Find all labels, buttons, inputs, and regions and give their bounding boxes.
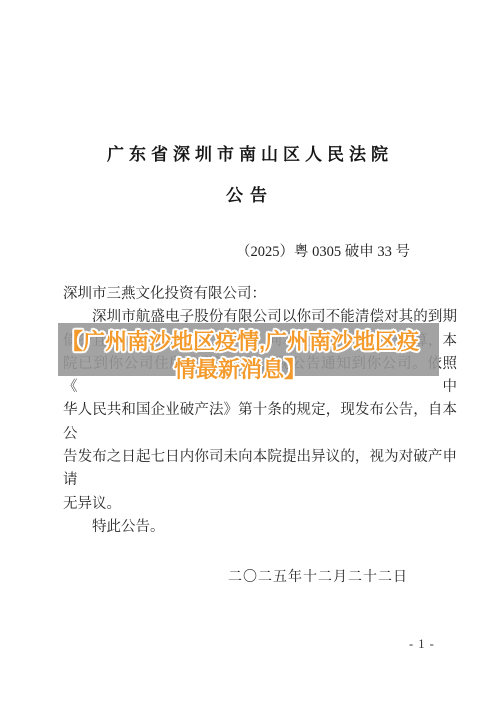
seo-overlay-line2: 情最新消息】	[0, 356, 480, 384]
seo-overlay-text: 【广州南沙地区疫情,广州南沙地区疫 情最新消息】	[0, 328, 480, 383]
notice-body: 深圳市三燕文化投资有限公司： 深圳市航盛电子股份有限公司以你司不能清偿对其的到期…	[63, 283, 457, 539]
seo-overlay-line1: 【广州南沙地区疫情,广州南沙地区疫	[0, 328, 480, 356]
notice-date: 二〇二五年十二月二十二日	[228, 566, 408, 586]
court-title: 广东省深圳市南山区人民法院	[0, 140, 500, 165]
closing-line: 特此公告。	[63, 516, 457, 539]
court-notice-page: 广东省深圳市南山区人民法院 公告 （2025）粤 0305 破申 33 号 深圳…	[0, 0, 500, 706]
page-number: - 1 -	[409, 637, 435, 652]
body-line: 告发布之日起七日内你司未向本院提出异议的，视为对破产申请	[63, 446, 457, 493]
case-number: （2025）粤 0305 破申 33 号	[236, 240, 410, 261]
body-line: 无异议。	[63, 493, 457, 516]
doc-type-title: 公告	[0, 181, 500, 206]
body-line: 华人民共和国企业破产法》第十条的规定，现发布公告，自本公	[63, 399, 457, 446]
salutation: 深圳市三燕文化投资有限公司：	[63, 283, 457, 306]
